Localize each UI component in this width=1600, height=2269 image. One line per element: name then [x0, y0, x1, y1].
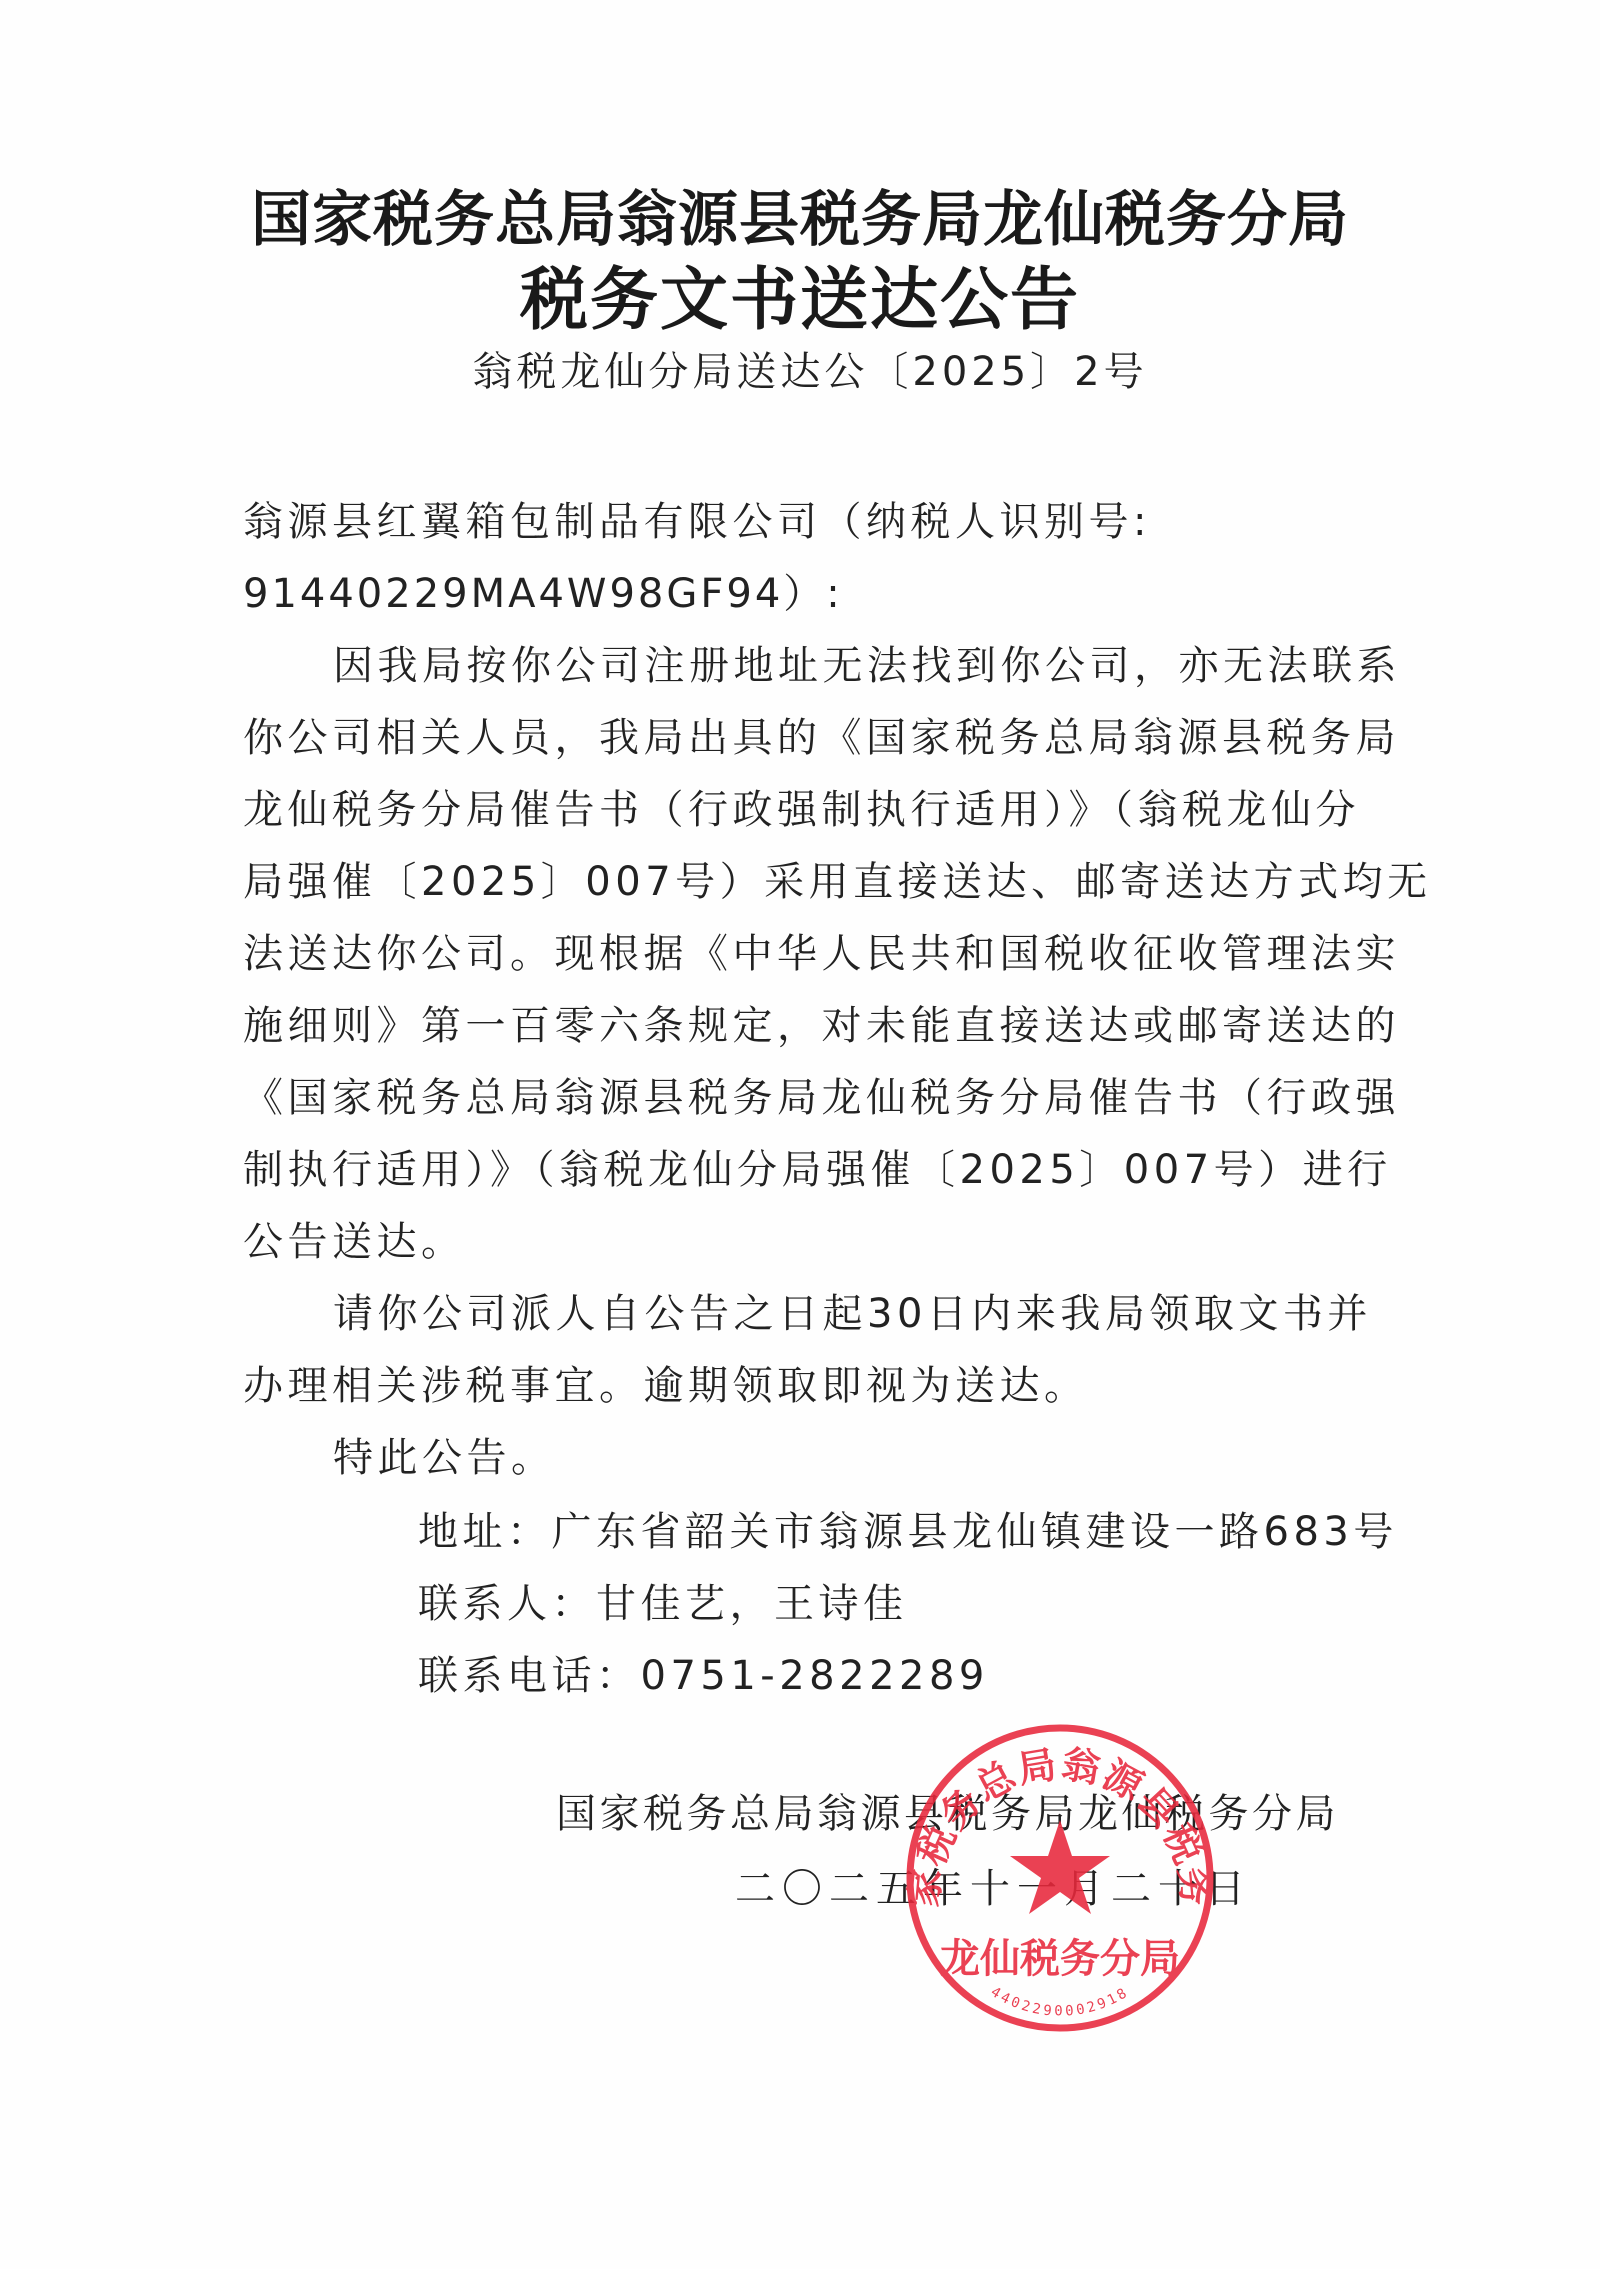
body-line: 《国家税务总局翁源县税务局龙仙税务分局催告书（行政强: [243, 1074, 1400, 1122]
body-line: 因我局按你公司注册地址无法找到你公司，亦无法联系: [333, 642, 1401, 690]
document-title: 税务文书送达公告: [0, 246, 1600, 343]
body-line: 公告送达。: [243, 1218, 466, 1266]
document-page: 国家税务总局翁源县税务局龙仙税务分局 税务文书送达公告 翁税龙仙分局送达公〔20…: [0, 0, 1600, 2269]
issuer-signature: 国家税务总局翁源县税务局龙仙税务分局: [556, 1790, 1339, 1838]
taxpayer-id-line: 91440229MA4W98GF94）:: [243, 570, 843, 618]
document-number: 翁税龙仙分局送达公〔2025〕2号: [0, 340, 1600, 397]
stamp-bottom-text: 龙仙税务分局: [940, 1935, 1180, 1982]
body-line: 局强催〔2025〕007号）采用直接送达、邮寄送达方式均无: [243, 858, 1432, 906]
stamp-code: 4402290002918: [988, 1984, 1132, 2020]
addressee-line: 翁源县红翼箱包制品有限公司（纳税人识别号:: [243, 498, 1151, 546]
body-line: 办理相关涉税事宜。逾期领取即视为送达。: [243, 1362, 1089, 1410]
body-line: 请你公司派人自公告之日起30日内来我局领取文书并: [333, 1290, 1372, 1338]
body-line: 你公司相关人员，我局出具的《国家税务总局翁源县税务局: [243, 714, 1400, 762]
body-line: 法送达你公司。现根据《中华人民共和国税收征收管理法实: [243, 930, 1400, 978]
phone-line: 联系电话：0751-2822289: [418, 1652, 989, 1700]
svg-text:4402290002918: 4402290002918: [988, 1984, 1132, 2020]
contact-person-line: 联系人：甘佳艺，王诗佳: [418, 1580, 908, 1628]
issue-date: 二〇二五年十一月二十日: [735, 1865, 1252, 1913]
body-line: 龙仙税务分局催告书（行政强制执行适用）》（翁税龙仙分: [243, 786, 1360, 834]
address-line: 地址：广东省韶关市翁源县龙仙镇建设一路683号: [418, 1508, 1398, 1556]
closing-line: 特此公告。: [333, 1434, 556, 1482]
body-line: 施细则》第一百零六条规定，对未能直接送达或邮寄送达的: [243, 1002, 1400, 1050]
body-line: 制执行适用）》（翁税龙仙分局强催〔2025〕007号）进行: [243, 1146, 1392, 1194]
